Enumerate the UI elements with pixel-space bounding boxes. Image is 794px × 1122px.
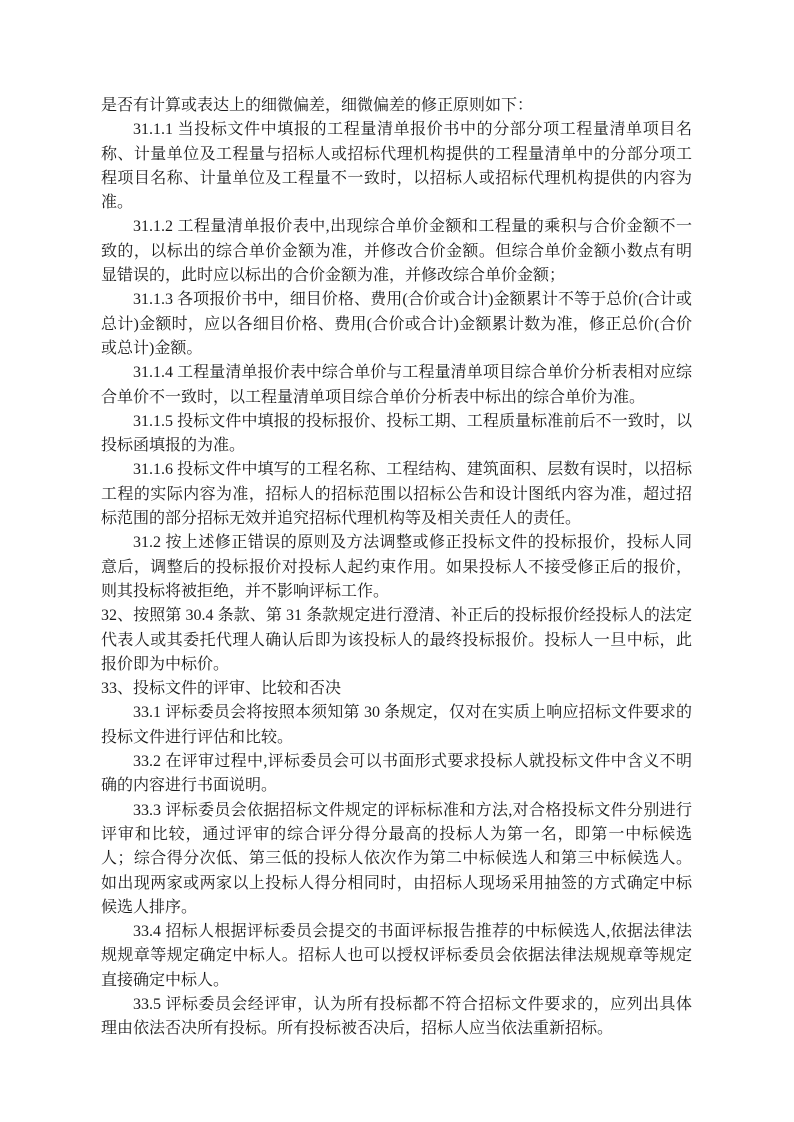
- paragraph-0: 是否有计算或表达上的细微偏差，细微偏差的修正原则如下：: [101, 94, 692, 118]
- paragraph-9: 33、投标文件的评审、比较和否决: [101, 677, 692, 701]
- paragraph-7: 31.2 按上述修正错误的原则及方法调整或修正投标文件的投标报价，投标人同意后，…: [101, 531, 692, 604]
- paragraph-6: 31.1.6 投标文件中填写的工程名称、工程结构、建筑面积、层数有误时，以招标工…: [101, 458, 692, 531]
- paragraph-5: 31.1.5 投标文件中填报的投标报价、投标工期、工程质量标准前后不一致时，以投…: [101, 410, 692, 459]
- paragraph-2: 31.1.2 工程量清单报价表中,出现综合单价金额和工程量的乘积与合价金额不一致…: [101, 215, 692, 288]
- paragraph-13: 33.4 招标人根据评标委员会提交的书面评标报告推荐的中标候选人,依据法律法规规…: [101, 920, 692, 993]
- document-text-block: 是否有计算或表达上的细微偏差，细微偏差的修正原则如下：31.1.1 当投标文件中…: [101, 94, 692, 1042]
- paragraph-4: 31.1.4 工程量清单报价表中综合单价与工程量清单项目综合单价分析表相对应综合…: [101, 361, 692, 410]
- paragraph-12: 33.3 评标委员会依据招标文件规定的评标标准和方法,对合格投标文件分别进行评审…: [101, 799, 692, 920]
- paragraph-3: 31.1.3 各项报价书中，细目价格、费用(合价或合计)金额累计不等于总价(合计…: [101, 288, 692, 361]
- paragraph-11: 33.2 在评审过程中,评标委员会可以书面形式要求投标人就投标文件中含义不明确的…: [101, 750, 692, 799]
- paragraph-1: 31.1.1 当投标文件中填报的工程量清单报价书中的分部分项工程量清单项目名称、…: [101, 118, 692, 215]
- paragraph-14: 33.5 评标委员会经评审，认为所有投标都不符合招标文件要求的，应列出具体理由依…: [101, 993, 692, 1042]
- document-page: 是否有计算或表达上的细微偏差，细微偏差的修正原则如下：31.1.1 当投标文件中…: [0, 0, 794, 1122]
- paragraph-10: 33.1 评标委员会将按照本须知第 30 条规定，仅对在实质上响应招标文件要求的…: [101, 701, 692, 750]
- paragraph-8: 32、按照第 30.4 条款、第 31 条款规定进行澄清、补正后的投标报价经投标…: [101, 604, 692, 677]
